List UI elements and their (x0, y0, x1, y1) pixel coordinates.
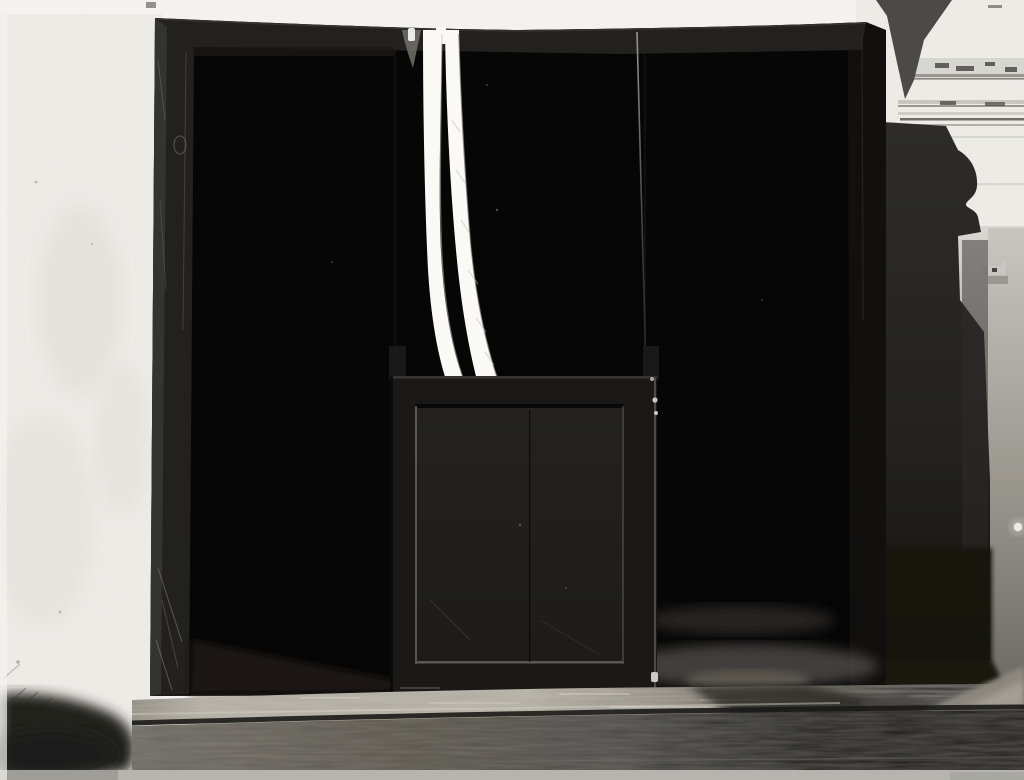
panel-top-shadow (415, 404, 624, 408)
under-rail-shade (194, 47, 394, 56)
inner-corner-edge (862, 34, 863, 320)
left-wall (0, 2, 162, 779)
wall-smudge (38, 205, 122, 395)
half-door (388, 346, 660, 702)
lit-column-strip (988, 228, 1024, 678)
curtain-tie (408, 28, 415, 41)
pilaster-shaft-shade (962, 240, 988, 560)
scene-canvas (0, 0, 1024, 780)
base-strip-shaded-right (950, 772, 1024, 780)
panel-center-seam (529, 410, 530, 662)
base-strip-shaded-left (0, 770, 118, 780)
door-left-edge (390, 376, 393, 696)
panel-right-bevel (622, 406, 624, 664)
bright-spot (1014, 523, 1022, 531)
door-panel (415, 404, 624, 664)
door-top-highlight (390, 376, 657, 379)
door-post-right (643, 346, 659, 380)
right-bay (646, 40, 850, 692)
photograph (0, 0, 1024, 780)
door-post-left (389, 346, 406, 380)
wall-smudge (96, 365, 148, 515)
base-strip (0, 770, 1024, 780)
panel-bottom-bevel (417, 661, 624, 664)
right-bay-floor-dim (645, 605, 835, 635)
left-bay (189, 47, 394, 694)
panel-left-bevel (415, 406, 417, 664)
door-right-lit-edge (654, 378, 656, 694)
paper-edge (0, 0, 7, 780)
